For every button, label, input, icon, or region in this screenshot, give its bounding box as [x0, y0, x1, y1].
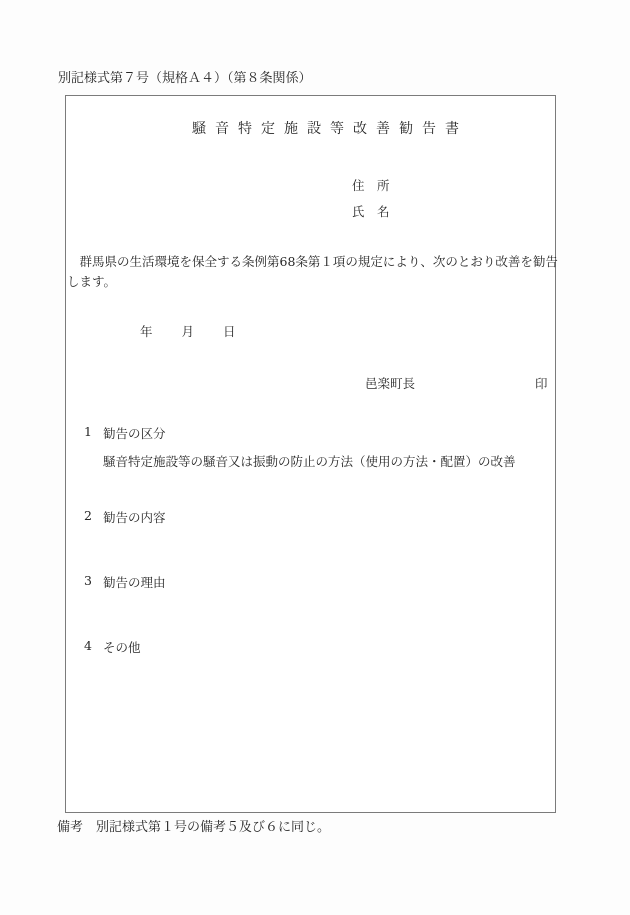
- form-number-label: 別記様式第７号（規格Ａ４）（第８条関係）: [58, 67, 312, 86]
- day-label: 日: [223, 324, 236, 339]
- item-number: 1: [84, 424, 92, 439]
- month-label: 月: [182, 324, 195, 339]
- list-item-recommendation-content: 2 勧告の内容: [66, 508, 555, 524]
- item-label: 勧告の区分: [103, 424, 166, 442]
- item-label: 勧告の内容: [103, 508, 166, 526]
- body-paragraph-line: 群馬県の生活環境を保全する条例第68条第１項の規定により、次のとおり改善を勧告: [67, 252, 554, 272]
- list-item-recommendation-category: 1 勧告の区分: [66, 424, 555, 440]
- mayor-title-label: 邑楽町長: [365, 374, 415, 392]
- document-page: 別記様式第７号（規格Ａ４）（第８条関係） 騒音特定施設等改善勧告書 住 所 氏 …: [0, 0, 630, 915]
- item-number: 4: [84, 638, 92, 653]
- item-label: 勧告の理由: [103, 573, 166, 591]
- seal-placeholder-label: 印: [535, 374, 548, 392]
- recipient-name-label: 氏 名: [352, 202, 390, 220]
- item-label: その他: [103, 638, 141, 656]
- list-item-recommendation-reason: 3 勧告の理由: [66, 573, 555, 589]
- remarks-note: 備考 別記様式第１号の備考５及び６に同じ。: [57, 816, 330, 835]
- recipient-address-label: 住 所: [352, 176, 390, 194]
- body-paragraph: 群馬県の生活環境を保全する条例第68条第１項の規定により、次のとおり改善を勧告 …: [67, 252, 554, 292]
- document-frame: 騒音特定施設等改善勧告書 住 所 氏 名 群馬県の生活環境を保全する条例第68条…: [65, 95, 556, 813]
- document-title: 騒音特定施設等改善勧告書: [192, 118, 468, 138]
- list-item-other: 4 その他: [66, 638, 555, 654]
- date-line: 年 月 日: [140, 322, 236, 340]
- body-paragraph-line: します。: [67, 272, 554, 292]
- item-number: 3: [84, 573, 92, 588]
- item-detail-recommendation-category: 騒音特定施設等の騒音又は振動の防止の方法（使用の方法・配置）の改善: [103, 452, 516, 470]
- item-number: 2: [84, 508, 92, 523]
- year-label: 年: [140, 324, 153, 339]
